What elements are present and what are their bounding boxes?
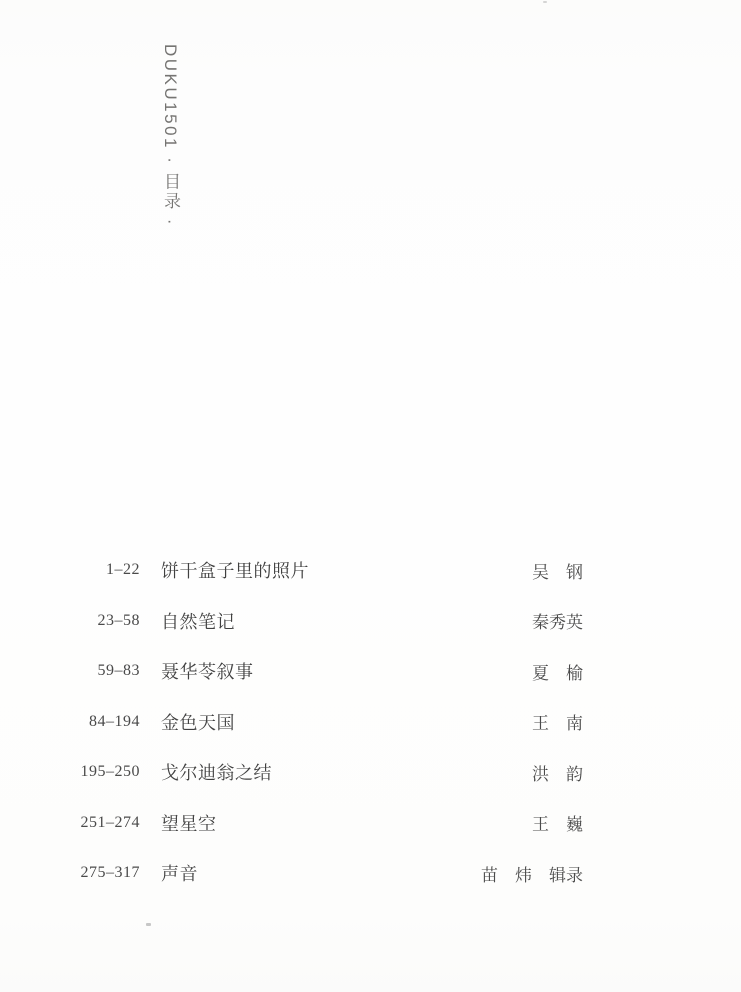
page-range: 195–250 — [0, 763, 140, 781]
article-title: 聂华苓叙事 — [161, 658, 254, 684]
article-author: 苗 炜 辑录 — [481, 861, 583, 886]
toc-row: 195–250 戈尔迪翁之结 洪 韵 — [0, 747, 741, 798]
toc-row: 23–58 自然笔记 秦秀英 — [0, 596, 741, 647]
page-range: 84–194 — [0, 713, 140, 731]
article-author: 王 南 — [532, 709, 583, 734]
article-title: 声音 — [161, 860, 198, 886]
page-range: 23–58 — [0, 612, 140, 630]
toc-row: 275–317 声音 苗 炜 辑录 — [0, 848, 741, 899]
article-author: 夏 榆 — [532, 659, 583, 684]
table-of-contents: 1–22 饼干盒子里的照片 吴 钢 23–58 自然笔记 秦秀英 59–83 聂… — [0, 545, 741, 899]
toc-row: 251–274 望星空 王 巍 — [0, 798, 741, 849]
scan-speck — [146, 923, 151, 926]
page-range: 1–22 — [0, 561, 140, 579]
toc-row: 59–83 聂华苓叙事 夏 榆 — [0, 646, 741, 697]
article-title: 自然笔记 — [161, 608, 235, 634]
article-author: 洪 韵 — [532, 760, 583, 785]
article-author: 秦秀英 — [532, 608, 583, 633]
article-title: 望星空 — [161, 810, 217, 836]
toc-row: 1–22 饼干盒子里的照片 吴 钢 — [0, 545, 741, 596]
issue-vertical-title: DUKU1501 · 目录 · — [158, 44, 183, 274]
page-range: 275–317 — [0, 864, 140, 882]
article-author: 吴 钢 — [532, 558, 583, 583]
page-range: 251–274 — [0, 814, 140, 832]
page-range: 59–83 — [0, 662, 140, 680]
article-title: 戈尔迪翁之结 — [161, 759, 272, 785]
article-title: 金色天国 — [161, 709, 235, 735]
article-title: 饼干盒子里的照片 — [161, 557, 309, 583]
article-author: 王 巍 — [532, 810, 583, 835]
scan-speck — [543, 1, 547, 3]
toc-row: 84–194 金色天国 王 南 — [0, 697, 741, 748]
